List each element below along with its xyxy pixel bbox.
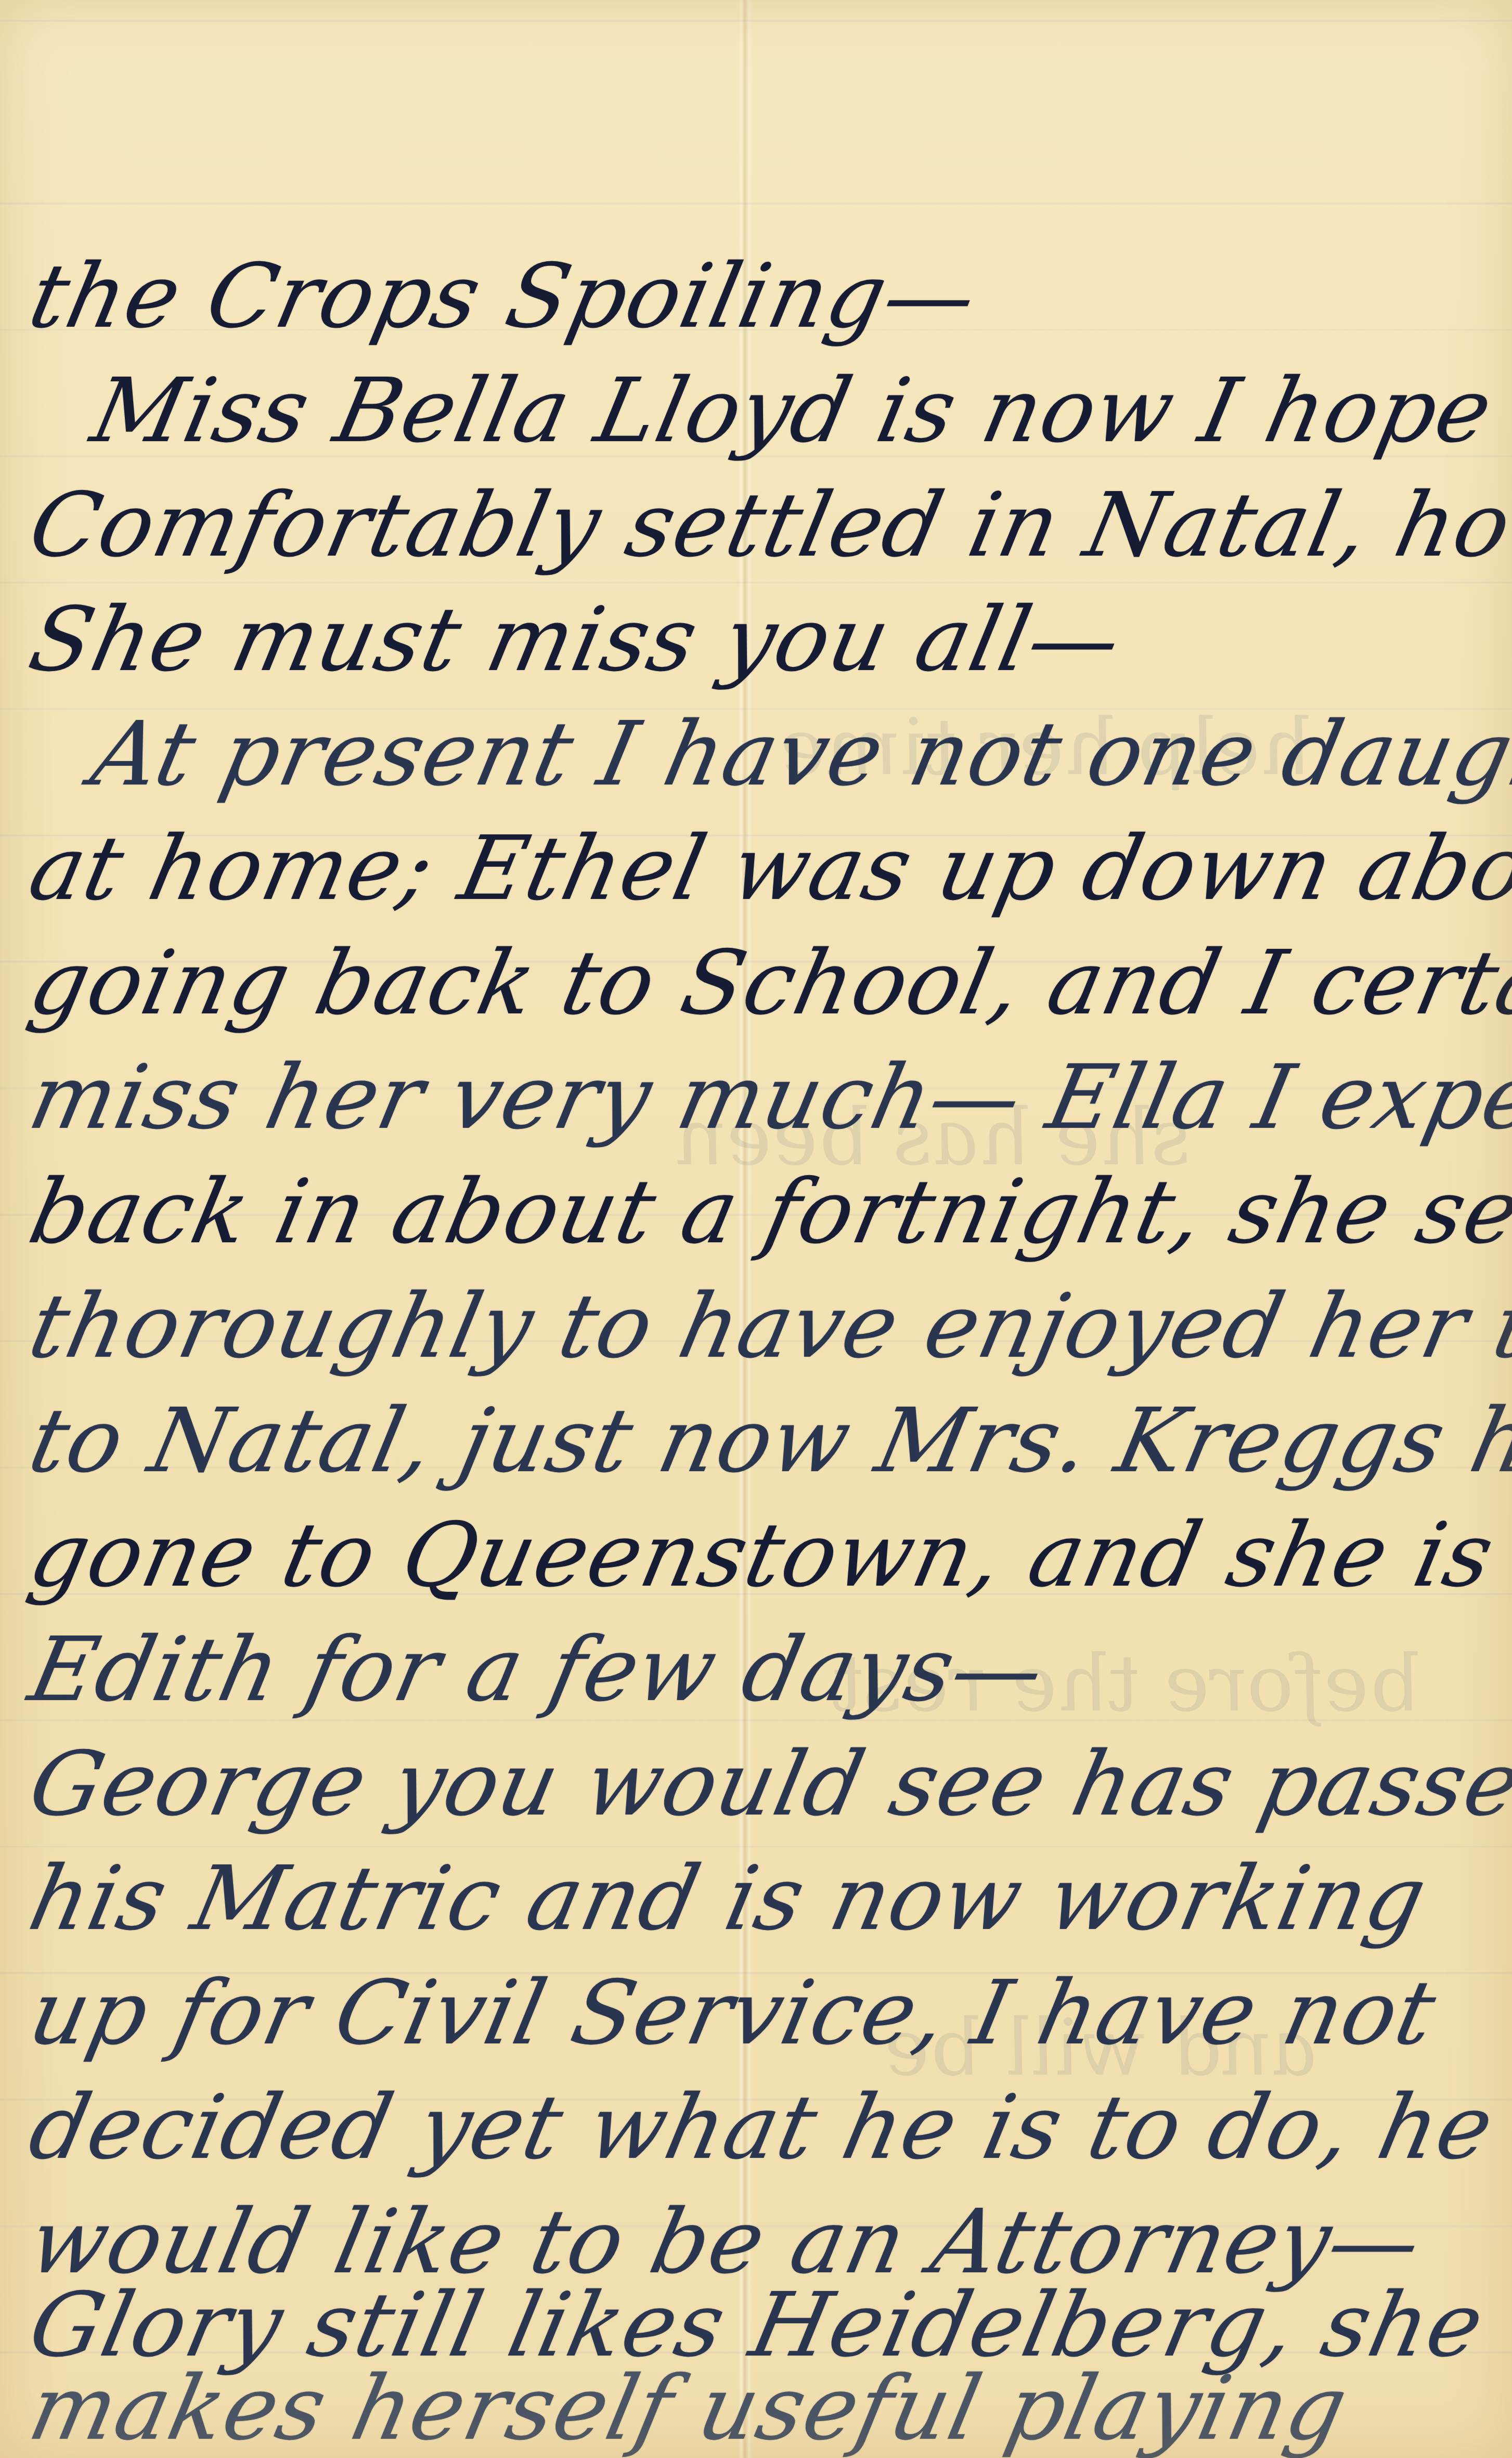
letter-line: makes herself useful playing: [21, 2357, 1356, 2458]
letter-line: to Natal, just now Mrs. Kreggs has: [21, 1389, 1512, 1493]
letter-line: Miss Bella Lloyd is now I hope: [83, 359, 1502, 463]
letter-line: miss her very much— Ella I expect: [21, 1046, 1512, 1150]
letter-line: decided yet what he is to do, he: [21, 2076, 1503, 2180]
letter-line: At present I have not one daughter: [83, 702, 1512, 806]
letter-line: George you would see has passed: [21, 1732, 1512, 1836]
letter-line: going back to School, and I certainly: [21, 931, 1512, 1035]
letter-line: up for Civil Service, I have not: [21, 1961, 1445, 2065]
letter-line: Edith for a few days—: [21, 1618, 1054, 1722]
letter-line: the Crops Spoiling—: [21, 244, 986, 349]
letter-line: at home; Ethel was up down about: [21, 817, 1512, 921]
letter-line: his Matric and is now working: [21, 1847, 1436, 1951]
letter-line: thoroughly to have enjoyed her trip: [21, 1275, 1512, 1379]
letter-line: gone to Queenstown, and she is with: [21, 1503, 1512, 1607]
letter-line: Comfortably settled in Natal, how: [21, 473, 1512, 577]
letter-line: She must miss you all—: [21, 588, 1130, 692]
letter-page: help her time she has been before the re…: [0, 0, 1512, 2458]
letter-line: back in about a fortnight, she seems: [21, 1160, 1512, 1264]
